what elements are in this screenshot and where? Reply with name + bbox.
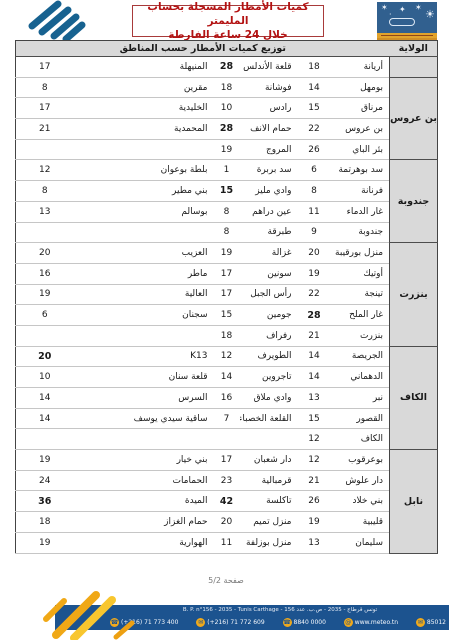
rain-value: 17 xyxy=(214,284,240,305)
rain-value: 13 xyxy=(298,532,331,553)
rain-value: 17 xyxy=(16,57,74,78)
rain-value: 11 xyxy=(298,201,331,222)
station-name: بئر الباي xyxy=(331,139,390,160)
table-row: بئر الباي26المروج19 xyxy=(16,139,438,160)
table-row: أوتيك19سونين17ماطر16 xyxy=(16,263,438,284)
station-name: غار الملح xyxy=(331,305,390,326)
station-name: العالية xyxy=(74,284,214,305)
rain-value: 28 xyxy=(214,119,240,140)
rain-value: 20 xyxy=(16,346,74,367)
rain-value xyxy=(16,222,74,243)
station-name: الهوارية xyxy=(74,532,214,553)
station-name: بومهل xyxy=(331,77,390,98)
station-name: قلعة الأندلس xyxy=(240,57,298,78)
station-name: حمام الانف xyxy=(240,119,298,140)
rainfall-table: الولاية توزيع كميات الأمطار حسب المناطق … xyxy=(15,40,438,554)
rain-value: 19 xyxy=(16,532,74,553)
contact-value: 85012 xyxy=(427,619,446,626)
station-name: ماطر xyxy=(74,263,214,284)
footer-contacts: ☎(+216) 71 773 400✉(+216) 71 772 609☎884… xyxy=(110,615,446,629)
rain-value: 18 xyxy=(16,512,74,533)
station-name: بنزرت xyxy=(331,325,390,346)
phone-icon: ☎ xyxy=(110,618,119,627)
rain-value: 16 xyxy=(16,263,74,284)
station-name: ساقية سيدي يوسف xyxy=(74,408,214,429)
rain-value: 12 xyxy=(16,160,74,181)
station-name: سجنان xyxy=(74,305,214,326)
distribution-header: توزيع كميات الأمطار حسب المناطق xyxy=(16,41,390,57)
weather-sky-art: ✶ ✦ ✶ ☀ · xyxy=(377,2,437,33)
station-name: فرنانة xyxy=(331,181,390,202)
rain-value: 7 xyxy=(214,408,240,429)
table-row: نابلبوعرقوب12دار شعبان17بني خيار19 xyxy=(16,450,438,471)
rain-value: 14 xyxy=(16,408,74,429)
rain-value: 10 xyxy=(16,367,74,388)
rain-value: 19 xyxy=(16,284,74,305)
station-name: جندوبة xyxy=(331,222,390,243)
governorate-cell: بنزرت xyxy=(390,243,438,346)
governorate-header: الولاية xyxy=(390,41,438,57)
rain-value: 21 xyxy=(298,325,331,346)
report-title-box: كميات الأمطار المسجلة بحساب المليمتر خلا… xyxy=(132,5,324,37)
station-name: بلطة بوعوان xyxy=(74,160,214,181)
sun-icon: ☀ xyxy=(425,8,435,21)
footer-bar: B. P. n°156 - 2035 - Tunis Carthage - تو… xyxy=(55,605,449,630)
table-row: القصور15القلعة الخصباء7ساقية سيدي يوسف14 xyxy=(16,408,438,429)
bulletin-page: { "header": { "title_line1": "كميات الأم… xyxy=(0,0,452,640)
station-name: تاكلسة xyxy=(240,491,298,512)
station-name: أوتيك xyxy=(331,263,390,284)
rain-value: 15 xyxy=(214,305,240,326)
governorate-cell: الكاف xyxy=(390,346,438,449)
station-name: القلعة الخصباء xyxy=(240,408,298,429)
station-name: قرمبالية xyxy=(240,470,298,491)
station-name: رفراف xyxy=(240,325,298,346)
station-name: سليمان xyxy=(331,532,390,553)
station-name: الكاف xyxy=(331,429,390,450)
station-name: وادي مليز xyxy=(240,181,298,202)
rain-value xyxy=(16,139,74,160)
station-name: الحمامات xyxy=(74,470,214,491)
station-name: بني خلاد xyxy=(331,491,390,512)
station-name: دار شعبان xyxy=(240,450,298,471)
rain-value: 19 xyxy=(298,512,331,533)
rain-value: 15 xyxy=(214,181,240,202)
star-icon: ✶ xyxy=(381,3,388,12)
star-icon: ✶ xyxy=(415,3,422,12)
station-name: المنيهلة xyxy=(74,57,214,78)
fax-icon: ✉ xyxy=(196,618,205,627)
station-name: رأس الجبل xyxy=(240,284,298,305)
station-name: K13 xyxy=(74,346,214,367)
station-name: أريانة xyxy=(331,57,390,78)
rain-value: 18 xyxy=(214,77,240,98)
rain-value: 22 xyxy=(298,119,331,140)
rain-value: 11 xyxy=(214,532,240,553)
station-name: فوشانة xyxy=(240,77,298,98)
rain-value: 22 xyxy=(298,284,331,305)
rain-value: 8 xyxy=(214,201,240,222)
rain-value: 19 xyxy=(214,243,240,264)
station-name: القصور xyxy=(331,408,390,429)
table-row: نبر13وادي ملاق16السرس14 xyxy=(16,388,438,409)
rain-value: 42 xyxy=(214,491,240,512)
rain-table-body: أريانة18قلعة الأندلس28المنيهلة17بن عروسب… xyxy=(16,57,438,554)
rain-value: 13 xyxy=(298,388,331,409)
station-name xyxy=(240,429,298,450)
cloud-icon xyxy=(389,18,415,26)
rain-value: 20 xyxy=(298,243,331,264)
station-name: غار الدماء xyxy=(331,201,390,222)
table-row: بني خلاد26تاكلسة42الميدة36 xyxy=(16,491,438,512)
rain-value: 28 xyxy=(298,305,331,326)
station-name: منزل بوزلفة xyxy=(240,532,298,553)
rain-value: 17 xyxy=(214,450,240,471)
table-row: تينجة22رأس الجبل17العالية19 xyxy=(16,284,438,305)
report-title-line1: كميات الأمطار المسجلة بحساب المليمتر xyxy=(133,0,323,28)
contact-value: www.meteo.tn xyxy=(355,619,398,626)
contact-value: (+216) 71 772 609 xyxy=(207,619,264,626)
station-name: وادي ملاق xyxy=(240,388,298,409)
rain-value: 15 xyxy=(298,98,331,119)
station-name xyxy=(74,139,214,160)
governorate-cell xyxy=(390,57,438,78)
station-name: الجريصة xyxy=(331,346,390,367)
rain-value: 8 xyxy=(214,222,240,243)
callcenter-icon: ☎ xyxy=(283,618,292,627)
table-row: جندوبةسد بوهرتمة6سد بربرة1بلطة بوعوان12 xyxy=(16,160,438,181)
station-name: السرس xyxy=(74,388,214,409)
table-row: بن عروس22حمام الانف28المحمدية21 xyxy=(16,119,438,140)
rain-value xyxy=(16,429,74,450)
rain-value: 24 xyxy=(16,470,74,491)
table-row: قليبية19منزل تميم20حمام الغزاز18 xyxy=(16,512,438,533)
rain-value: 19 xyxy=(16,450,74,471)
rain-value: 6 xyxy=(298,160,331,181)
rain-value: 10 xyxy=(214,98,240,119)
rain-value: 14 xyxy=(298,346,331,367)
governorate-cell: جندوبة xyxy=(390,160,438,243)
rain-value: 9 xyxy=(298,222,331,243)
table-row: الكافالجريصة14الطويرف12K1320 xyxy=(16,346,438,367)
station-name: تاجروين xyxy=(240,367,298,388)
rain-value: 14 xyxy=(298,367,331,388)
station-name: بني خيار xyxy=(74,450,214,471)
rain-value: 21 xyxy=(298,470,331,491)
station-name: الدهماني xyxy=(331,367,390,388)
station-name: تينجة xyxy=(331,284,390,305)
table-row: بن عروسبومهل14فوشانة18مقرين8 xyxy=(16,77,438,98)
station-name: بن عروس xyxy=(331,119,390,140)
rain-value: 19 xyxy=(298,263,331,284)
rain-value: 18 xyxy=(214,325,240,346)
table-row: بنزرتمنزل بورقيبة20غزالة19العزيب20 xyxy=(16,243,438,264)
table-row: الدهماني14تاجروين14قلعة سنان10 xyxy=(16,367,438,388)
table-row: سليمان13منزل بوزلفة11الهوارية19 xyxy=(16,532,438,553)
station-name: نبر xyxy=(331,388,390,409)
contact-item: ☎(+216) 71 773 400 xyxy=(110,618,178,627)
rain-value: 8 xyxy=(16,77,74,98)
website-icon: @ xyxy=(344,618,353,627)
rain-value: 16 xyxy=(214,388,240,409)
station-name: طبرقة xyxy=(240,222,298,243)
contact-item: @www.meteo.tn xyxy=(344,618,398,627)
footer-address: B. P. n°156 - 2035 - Tunis Carthage - تو… xyxy=(115,607,445,613)
rain-value: 17 xyxy=(16,98,74,119)
table-row: دار علوش21قرمبالية23الحمامات24 xyxy=(16,470,438,491)
station-name: المروج xyxy=(240,139,298,160)
governorate-cell: نابل xyxy=(390,450,438,553)
station-name xyxy=(74,325,214,346)
rain-value: 14 xyxy=(16,388,74,409)
station-name xyxy=(74,429,214,450)
rain-value: 8 xyxy=(298,181,331,202)
rain-value: 19 xyxy=(214,139,240,160)
contact-value: (+216) 71 773 400 xyxy=(121,619,178,626)
station-name: بوسالم xyxy=(74,201,214,222)
station-name: منزل بورقيبة xyxy=(331,243,390,264)
station-name xyxy=(74,222,214,243)
contact-item: ☎8840 0000 xyxy=(283,618,326,627)
table-row: مرناق15رادس10الخليدية17 xyxy=(16,98,438,119)
rain-value: 18 xyxy=(298,57,331,78)
rain-value xyxy=(214,429,240,450)
rain-value: 36 xyxy=(16,491,74,512)
rainfall-table-wrap: الولاية توزيع كميات الأمطار حسب المناطق … xyxy=(15,40,437,554)
station-name: سد بوهرتمة xyxy=(331,160,390,181)
rain-value: 8 xyxy=(16,181,74,202)
table-row: غار الدماء11عين دراهم8بوسالم13 xyxy=(16,201,438,222)
table-row: غار الملح28جومين15سجنان6 xyxy=(16,305,438,326)
station-name: منزل تميم xyxy=(240,512,298,533)
station-name: حمام الغزاز xyxy=(74,512,214,533)
station-name: دار علوش xyxy=(331,470,390,491)
station-name: سونين xyxy=(240,263,298,284)
station-name: الخليدية xyxy=(74,98,214,119)
governorate-cell: بن عروس xyxy=(390,77,438,160)
contact-value: 8840 0000 xyxy=(294,619,326,626)
station-name: مقرين xyxy=(74,77,214,98)
station-name: جومين xyxy=(240,305,298,326)
rain-value: 14 xyxy=(214,367,240,388)
table-row: أريانة18قلعة الأندلس28المنيهلة17 xyxy=(16,57,438,78)
rain-value: 21 xyxy=(16,119,74,140)
station-name: الميدة xyxy=(74,491,214,512)
rain-value: 14 xyxy=(298,77,331,98)
station-name: عين دراهم xyxy=(240,201,298,222)
contact-item: ✉85012 xyxy=(416,618,446,627)
rain-value: 23 xyxy=(214,470,240,491)
table-row: جندوبة9طبرقة8 xyxy=(16,222,438,243)
rain-value: 1 xyxy=(214,160,240,181)
rain-value: 15 xyxy=(298,408,331,429)
station-name: غزالة xyxy=(240,243,298,264)
station-name: المحمدية xyxy=(74,119,214,140)
rain-value: 26 xyxy=(298,491,331,512)
page-number: صفحة 5/2 xyxy=(0,576,452,585)
rain-value: 12 xyxy=(214,346,240,367)
station-name: بني مطير xyxy=(74,181,214,202)
station-name: رادس xyxy=(240,98,298,119)
station-name: سد بربرة xyxy=(240,160,298,181)
star-icon: ✦ xyxy=(399,5,406,14)
table-row: الكاف12 xyxy=(16,429,438,450)
table-header-row: الولاية توزيع كميات الأمطار حسب المناطق xyxy=(16,41,438,57)
rain-value: 17 xyxy=(214,263,240,284)
rain-value: 20 xyxy=(214,512,240,533)
station-name: العزيب xyxy=(74,243,214,264)
table-row: فرنانة8وادي مليز15بني مطير8 xyxy=(16,181,438,202)
rain-value xyxy=(16,325,74,346)
station-name: الطويرف xyxy=(240,346,298,367)
rain-value: 12 xyxy=(298,429,331,450)
rain-value: 20 xyxy=(16,243,74,264)
rain-value: 6 xyxy=(16,305,74,326)
rain-value: 12 xyxy=(298,450,331,471)
station-name: مرناق xyxy=(331,98,390,119)
inm-emblem-logo: ✶ ✦ ✶ ☀ · xyxy=(377,2,437,43)
postal-icon: ✉ xyxy=(416,618,425,627)
contact-item: ✉(+216) 71 772 609 xyxy=(196,618,264,627)
station-name: قليبية xyxy=(331,512,390,533)
station-name: قلعة سنان xyxy=(74,367,214,388)
table-row: بنزرت21رفراف18 xyxy=(16,325,438,346)
rain-value: 13 xyxy=(16,201,74,222)
station-name: بوعرقوب xyxy=(331,450,390,471)
rain-value: 28 xyxy=(214,57,240,78)
rain-value: 26 xyxy=(298,139,331,160)
